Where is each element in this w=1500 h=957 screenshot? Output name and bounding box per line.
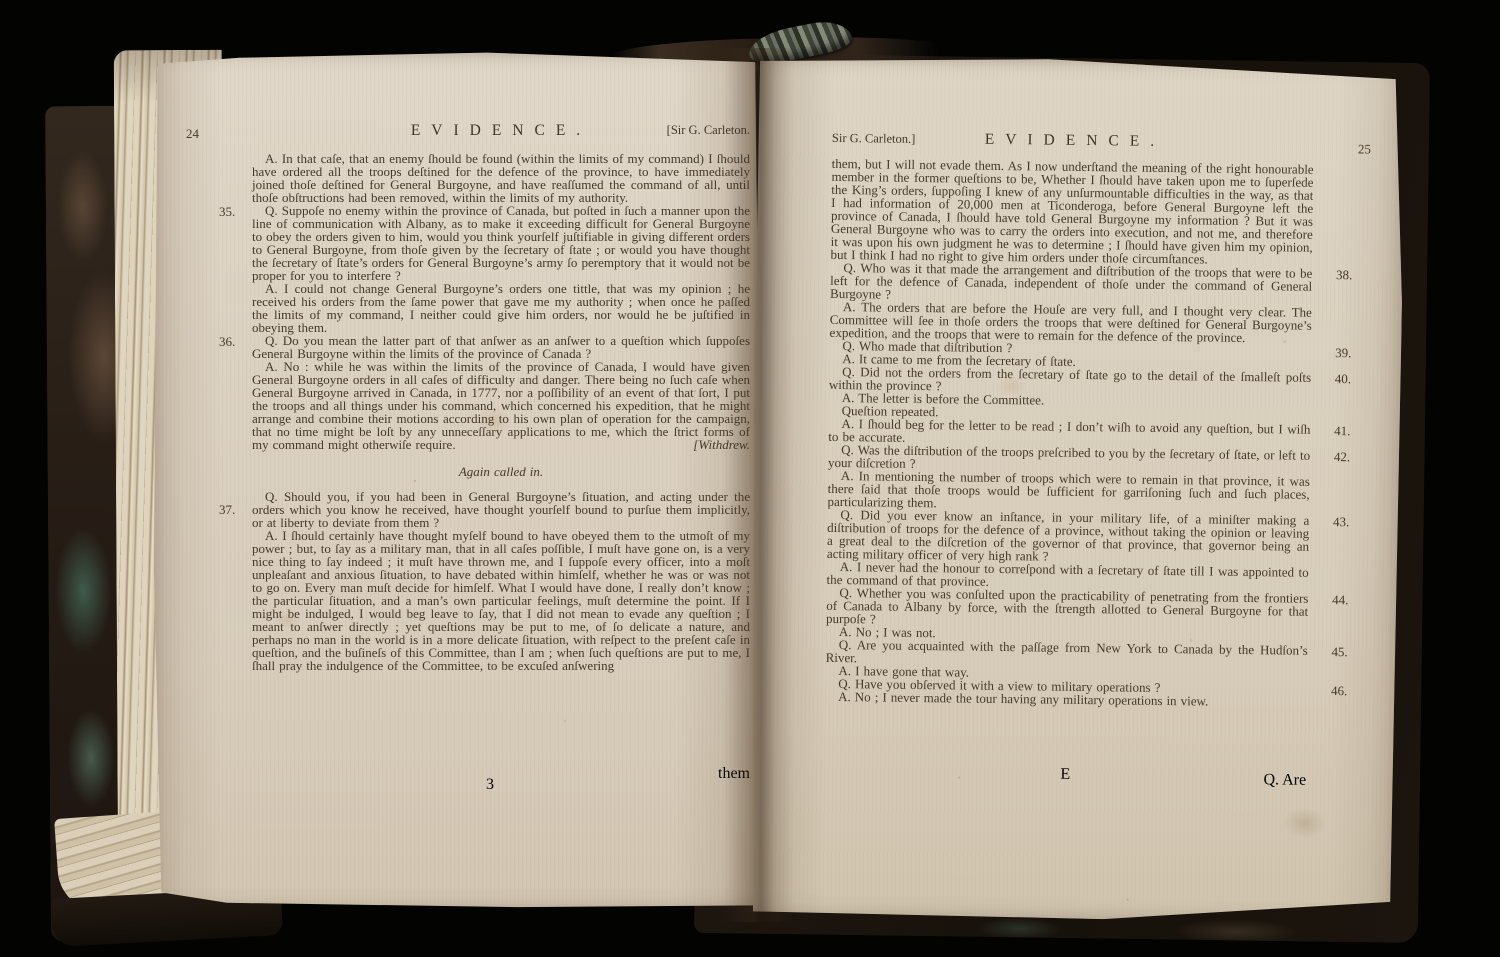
question-number: 42.	[1334, 450, 1350, 463]
section-heading: Again called in.	[252, 465, 750, 478]
question-number: 39.	[1335, 346, 1351, 359]
paragraph-text: A. No : while he was within the limits o…	[252, 360, 750, 451]
open-book-photo: 24 EVIDENCE. [Sir G. Carleton. A. In tha…	[0, 0, 1500, 957]
paragraph-text: A. I ſhould certainly have thought myſel…	[252, 529, 750, 672]
running-note: [Sir G. Carleton.	[252, 123, 750, 138]
paragraph-text: Q. Should you, if you had been in Genera…	[252, 490, 750, 529]
text-column-left: A. In that caſe, that an enemy ſhould be…	[252, 152, 750, 672]
page-number: 24	[186, 126, 199, 142]
page-footer: E Q. Are	[824, 760, 1306, 800]
question-number: 43.	[1333, 515, 1349, 528]
withdrew-note: [Withdrew.	[693, 438, 750, 451]
catchword: Q. Are	[1263, 771, 1306, 790]
left-page: 24 EVIDENCE. [Sir G. Carleton. A. In tha…	[154, 50, 760, 914]
paragraph: A. In that caſe, that an enemy ſhould be…	[252, 152, 750, 204]
question-number: 36.	[219, 335, 235, 348]
paragraph-text: A. I could not change General Burgoyne’s…	[252, 282, 750, 334]
qa-paragraph: 37.Q. Should you, if you had been in Gen…	[252, 490, 750, 529]
qa-paragraph: 35.Q. Suppoſe no enemy within the provin…	[252, 204, 750, 282]
question-number: 40.	[1335, 372, 1351, 385]
signature-mark: 3	[486, 776, 494, 794]
right-page: Sir G. Carleton.] EVIDENCE. 25 them, but…	[746, 54, 1405, 928]
text-column-right: them, but I will not evade them. As I no…	[825, 157, 1314, 709]
page-footer: them 3	[252, 762, 750, 796]
paragraph-text: Q. Suppoſe no enemy within the province …	[252, 204, 750, 282]
question-number: 37.	[219, 503, 235, 516]
paragraph-text: A. In that caſe, that an enemy ſhould be…	[252, 152, 750, 204]
running-title: EVIDENCE.	[832, 129, 1318, 153]
paragraph: A. I could not change General Burgoyne’s…	[252, 282, 750, 334]
question-number: 35.	[219, 205, 235, 218]
page-number: 25	[1358, 141, 1371, 157]
paragraph-text: Q. Do you mean the latter part of that a…	[252, 334, 750, 360]
paragraph: A. I ſhould certainly have thought myſel…	[252, 529, 750, 672]
paragraph: A. No : while he was within the limits o…	[252, 360, 750, 451]
question-number: 44.	[1332, 593, 1348, 606]
qa-paragraph: 36.Q. Do you mean the latter part of tha…	[252, 334, 750, 360]
question-number: 38.	[1336, 268, 1352, 281]
paragraph-text: them, but I will not evade them. As I no…	[830, 156, 1313, 267]
qa-paragraph: 43.Q. Did you ever know an inſtance, in …	[827, 508, 1310, 566]
catchword: them	[718, 765, 750, 783]
question-number: 46.	[1331, 684, 1347, 697]
signature-mark: E	[1060, 766, 1070, 784]
paragraph: them, but I will not evade them. As I no…	[830, 157, 1313, 267]
paragraph-text: Q. Did you ever know an inſtance, in you…	[827, 508, 1310, 566]
question-number: 41.	[1334, 424, 1350, 437]
question-number: 45.	[1331, 645, 1347, 658]
